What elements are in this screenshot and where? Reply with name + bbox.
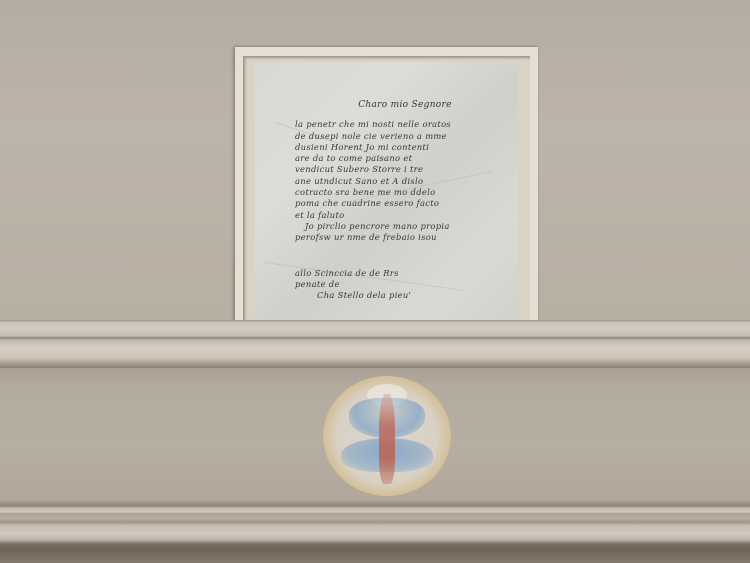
inscription-line: dusieni Horent Jo mi contenti (295, 142, 525, 153)
inscription-heading: Charo mio Segnore (285, 100, 525, 111)
plaque-frame: Charo mio Segnore la penetr che mi nosti… (235, 47, 538, 325)
signature-line: allo Scinccia de de Rrs (295, 268, 525, 279)
painted-medallion (323, 376, 451, 496)
inscription-line: la penetr che mi nosti nelle oratos (295, 119, 525, 130)
signature-line: Cha Stello dela pieu' (295, 290, 525, 301)
inscription-signature: allo Scinccia de de Rrs penate de Cha St… (295, 268, 525, 302)
signature-line: penate de (295, 279, 525, 290)
plaque-frame-inner: Charo mio Segnore la penetr che mi nosti… (243, 56, 530, 325)
inscription-closing-line: Jo pirclio pencrore mano propia (295, 221, 525, 232)
inscription-line: poma che cuadrine essero facto (295, 198, 525, 209)
inscription-line: ane utndicut Sano et A dislo (295, 176, 525, 187)
inscription-line: are da to come paisano et (295, 153, 525, 164)
inscription-closing-line: perofsw ur nme de frebaio isou (295, 232, 525, 243)
marble-plaque: Charo mio Segnore la penetr che mi nosti… (255, 62, 518, 321)
inscription-line: et la faluto (295, 210, 525, 221)
inscription-line: de dusepi nole cie verieno a mme (295, 131, 525, 142)
handwritten-inscription: Charo mio Segnore la penetr che mi nosti… (295, 100, 525, 301)
upper-cornice-moulding (0, 320, 750, 368)
medallion-red-stem (379, 394, 395, 484)
lower-cornice-moulding (0, 500, 750, 563)
inscription-line: cotracto sra bene me mo ddelo (295, 187, 525, 198)
inscription-line: vendicut Subero Storre i tre (295, 164, 525, 175)
